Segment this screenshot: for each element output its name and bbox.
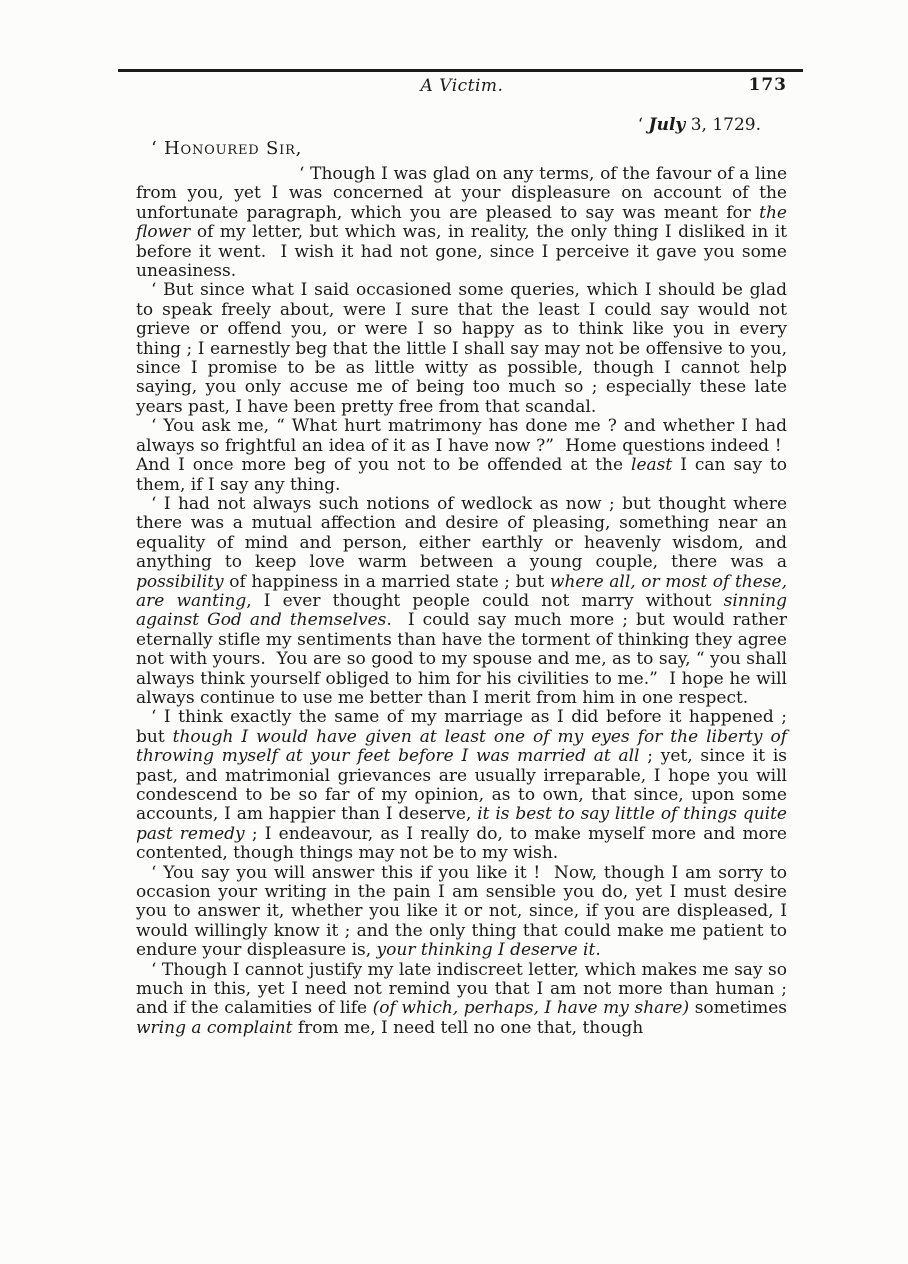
text-segment: . xyxy=(595,940,600,960)
text-segment: of my letter, but which was, in reality,… xyxy=(136,222,787,281)
letter-paragraph: ‘ Though I was glad on any terms, of the… xyxy=(136,165,787,281)
letter-paragraph: ‘ Though I cannot justify my late indisc… xyxy=(136,961,787,1039)
text-segment: ‘ But since what I said occasioned some … xyxy=(136,280,787,416)
letter-paragraph: ‘ You ask me, “ What hurt matrimony has … xyxy=(136,417,787,495)
letter-paragraph: ‘ But since what I said occasioned some … xyxy=(136,281,787,417)
italic-text-segment: possibility xyxy=(136,572,224,592)
letter-salutation: ‘ Honoured Sir, xyxy=(151,138,787,160)
text-segment: sometimes xyxy=(689,998,787,1018)
letter-paragraph: ‘ You say you will answer this if you li… xyxy=(136,864,787,961)
letter-paragraph: ‘ I think exactly the same of my marriag… xyxy=(136,708,787,863)
italic-text-segment: (of which, perhaps, I have my share) xyxy=(373,998,689,1018)
italic-text-segment: least xyxy=(631,455,672,475)
letter-paragraph: ‘ I had not always such notions of wedlo… xyxy=(136,495,787,708)
text-segment: , I ever thought people could not marry … xyxy=(246,591,723,611)
page-number: 173 xyxy=(749,75,788,95)
italic-text-segment: your thinking I deserve it xyxy=(377,940,596,960)
letter-dateline: ‘ July 3, 1729. xyxy=(136,116,787,135)
letter-body: ‘ July 3, 1729. ‘ Honoured Sir, ‘ Though… xyxy=(136,116,787,1038)
text-segment: of happiness in a married state ; but xyxy=(224,572,550,592)
text-segment: ‘ Though I was glad on any terms, of the… xyxy=(136,164,787,223)
letter-paragraphs: ‘ Though I was glad on any terms, of the… xyxy=(136,165,787,1038)
text-segment: ‘ xyxy=(638,115,649,135)
text-segment: from me, I need tell no one that, though xyxy=(292,1018,643,1038)
header-rule xyxy=(118,69,803,72)
italic-text-segment: wring a complaint xyxy=(136,1018,292,1038)
italic-text-segment: July xyxy=(649,115,686,135)
running-title: A Victim. xyxy=(137,76,787,96)
text-segment: ‘ I had not always such notions of wedlo… xyxy=(136,494,787,572)
text-segment: 3, 1729. xyxy=(685,115,761,135)
book-page: A Victim. 173 ‘ July 3, 1729. ‘ Honoured… xyxy=(0,0,908,1264)
